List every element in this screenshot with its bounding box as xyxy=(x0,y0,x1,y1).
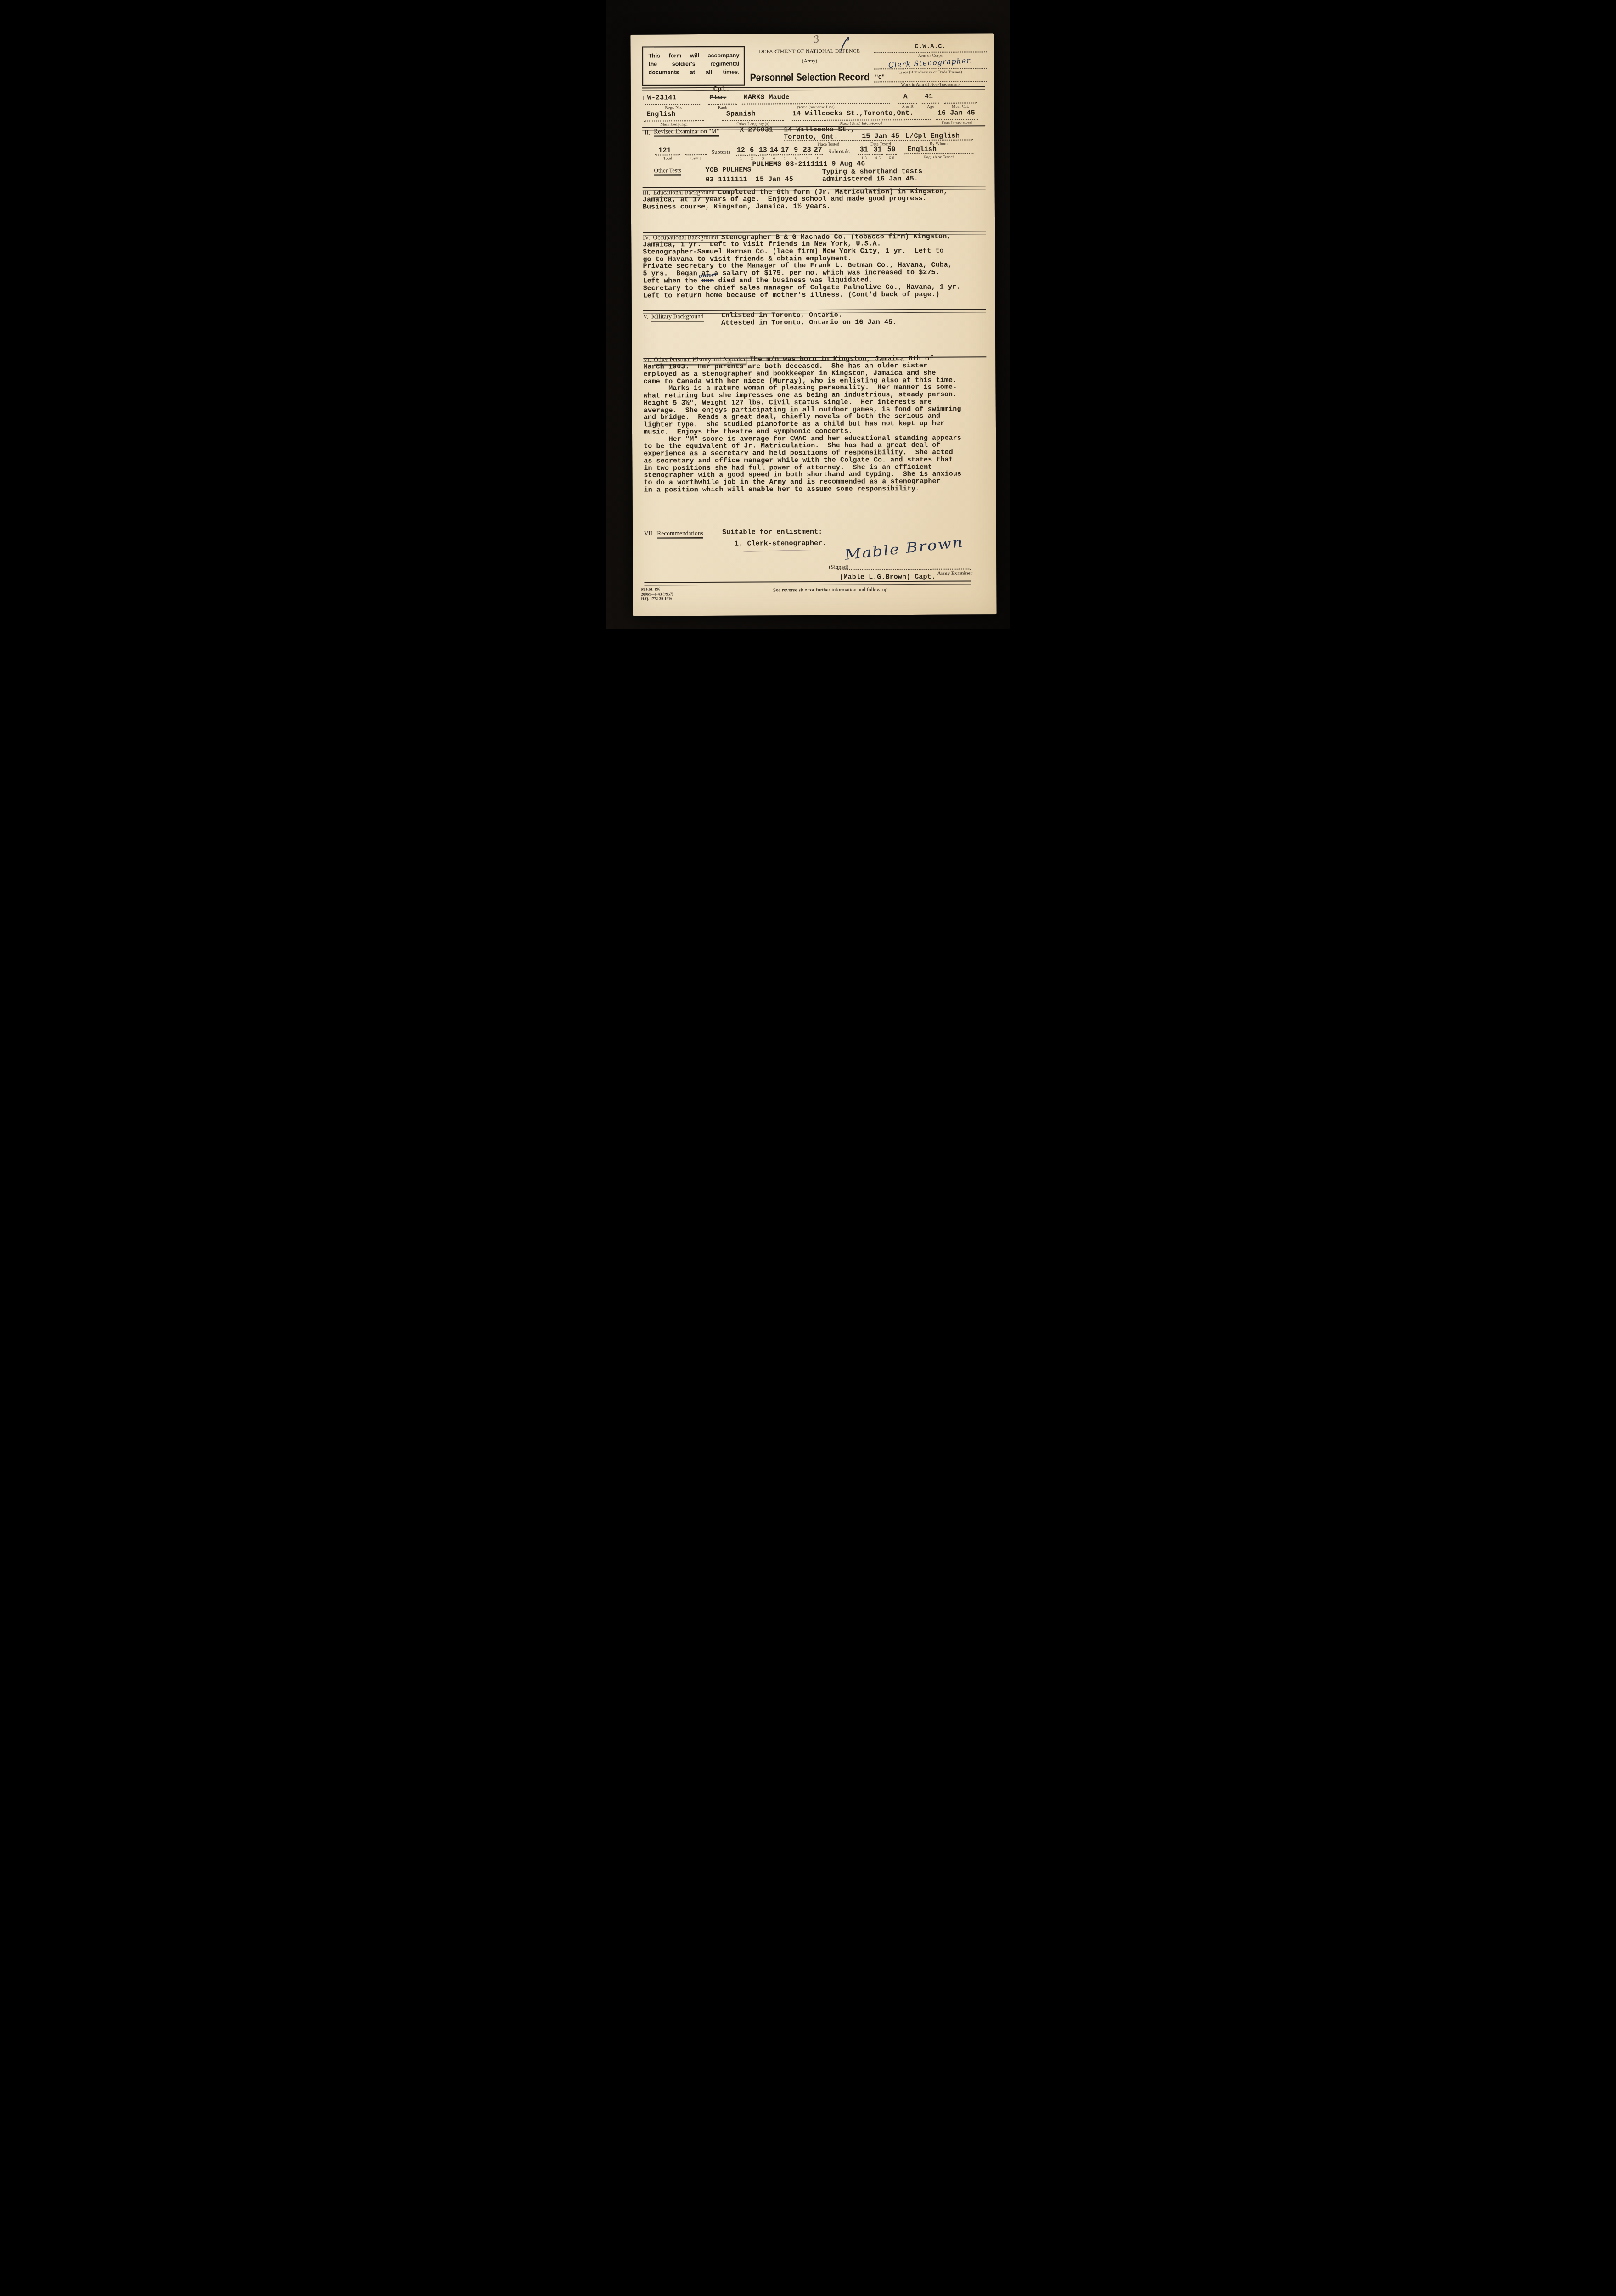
section7-numeral: VII. xyxy=(644,530,654,537)
field-other-language: Spanish Other Language(s) xyxy=(722,99,784,126)
notice-line: documents at all times. xyxy=(649,68,740,77)
typed-line: 200M—1-43 (7957) xyxy=(641,591,673,597)
m-total-value: 121 xyxy=(658,147,671,154)
subtest-num: 2 xyxy=(751,156,753,161)
section3-numeral: III. xyxy=(643,189,650,197)
subtotal-value: 31 xyxy=(874,146,882,153)
trade-label: Trade (if Tradesman or Trade Trainee) xyxy=(874,69,987,74)
total-label: Total xyxy=(655,156,680,161)
subtest-value: 12 xyxy=(737,146,745,154)
date-interviewed-value: 16 Jan 45 xyxy=(937,109,975,117)
section2-numeral: II. xyxy=(645,129,650,136)
footer-divider xyxy=(644,581,971,586)
subtotal-scores: 311-3 314-5 596-8 xyxy=(858,146,898,160)
place-tested-line1: 14 Willcocks St., xyxy=(784,126,855,134)
pulhems-line2: 03 1111111 15 Jan 45 xyxy=(706,176,793,184)
examiner-signature: Mable Brown xyxy=(844,534,964,563)
typed-line: H.Q. 1772-39-1916 xyxy=(641,596,673,601)
arm-or-corps-value: C.W.A.C. xyxy=(874,43,987,51)
recommendation-line1: Suitable for enlistment: xyxy=(722,529,823,536)
subtests-label: Subtests xyxy=(711,149,730,156)
subtest-num: 8 xyxy=(817,156,819,160)
subtest-num: 7 xyxy=(806,156,808,160)
typed-line: Left to return home because of mother's … xyxy=(643,291,961,299)
section5-numeral: V. xyxy=(643,313,648,321)
subtotal-num: 1-3 xyxy=(861,155,867,160)
arm-trade-block: C.W.A.C. Arm or Corps Clerk Stenographer… xyxy=(874,41,987,86)
date-tested-value: 15 Jan 45 xyxy=(862,133,899,140)
main-language-value: English xyxy=(646,111,676,118)
by-whom-value: L/Cpl English xyxy=(905,133,959,140)
section4-body-a: Jamaica, 1 yr. Left to visit friends in … xyxy=(643,240,952,278)
typed-fragment: Left when the xyxy=(643,277,701,285)
section2-heading: Revised Examination "M" xyxy=(654,128,719,136)
subtest-value: 17 xyxy=(781,146,789,154)
other-tests-label: Other Tests xyxy=(654,167,681,175)
typed-line: Attested in Toronto, Ontario on 16 Jan 4… xyxy=(721,319,897,326)
department-title: DEPARTMENT OF NATIONAL DEFENCE xyxy=(746,48,873,54)
pencil-underline xyxy=(743,549,811,553)
typed-line: Business course, Kingston, Jamaica, 1½ y… xyxy=(643,203,927,211)
subtotals-label: Subtotals xyxy=(828,148,850,155)
section5-heading-row: V. Military Background xyxy=(643,313,704,321)
subtest-value: 13 xyxy=(759,146,767,154)
section7-heading-row: VII. Recommendations xyxy=(644,529,703,538)
m-serial-value: X 276031 xyxy=(740,126,773,134)
section3-body: Jamaica, at 17 years of age. Enjoyed sch… xyxy=(643,195,927,211)
group-label: Group xyxy=(685,156,707,161)
subtest-num: 4 xyxy=(773,156,775,160)
typing-note-line2: administered 16 Jan 45. xyxy=(822,175,918,183)
pulhems-revision-line: PULHEMS 03-2111111 9 Aug 46 xyxy=(752,161,865,169)
section5-heading: Military Background xyxy=(651,313,704,321)
other-language-value: Spanish xyxy=(726,111,756,118)
place-interviewed-value: 14 Willcocks St.,Toronto,Ont. xyxy=(792,110,914,118)
notice-line: the soldier's regimental xyxy=(648,60,739,68)
subtest-value: 27 xyxy=(814,146,822,154)
examiner-typed-name: (Mable L.G.Brown) Capt. xyxy=(839,574,935,581)
section4-body-b: Secretary to the chief sales manager of … xyxy=(643,284,961,300)
date-interviewed-label: Date Interviewed xyxy=(936,121,978,125)
notice-box: This form will accompany the soldier's r… xyxy=(642,46,745,86)
trade-letter: "C" xyxy=(875,74,885,81)
subtest-num: 1 xyxy=(740,156,742,161)
field-main-language: English Main Language xyxy=(644,100,704,127)
typed-line: M.F.M. 196 xyxy=(641,586,673,591)
reverse-side-note: See reverse side for further information… xyxy=(701,587,959,593)
pencil-page-number: 3 xyxy=(812,34,820,45)
field-place-interviewed: 14 Willcocks St.,Toronto,Ont. Place (Uni… xyxy=(791,99,931,126)
subtest-value: 14 xyxy=(770,146,778,154)
other-tests-value: YOB PULHEMS xyxy=(705,167,751,174)
photo-background: 3 This form will accompany the soldier's… xyxy=(606,0,1010,629)
subtotal-value: 59 xyxy=(887,146,896,153)
notice-line: This form will accompany xyxy=(648,52,739,61)
subtotal-value: 31 xyxy=(860,146,868,153)
subtest-value: 23 xyxy=(803,146,811,154)
typed-line: in a position which will enable her to a… xyxy=(644,485,962,494)
section6-body: March 1903. Her parents are both decease… xyxy=(643,362,961,494)
subtest-num: 3 xyxy=(762,156,764,160)
main-language-label: Main Language xyxy=(644,122,704,127)
language-value: English xyxy=(907,146,937,153)
subtotal-num: 4-5 xyxy=(875,155,881,160)
language-label: English or French xyxy=(904,155,973,160)
field-date-interviewed: 16 Jan 45 Date Interviewed xyxy=(936,98,978,125)
subtotal-num: 6-8 xyxy=(889,155,894,160)
subtest-value: 6 xyxy=(750,146,754,154)
document-page: 3 This form will accompany the soldier's… xyxy=(630,33,997,616)
struck-word: ownerson xyxy=(701,277,714,285)
recommendation-line2: 1. Clerk-stenographer. xyxy=(735,540,826,548)
section4-numeral: IV. xyxy=(643,234,650,242)
subtest-num: 5 xyxy=(784,156,786,160)
army-subtitle: (Army) xyxy=(746,58,873,64)
subtest-scores: 121 62 133 144 175 96 237 278 xyxy=(735,146,823,161)
subtest-num: 6 xyxy=(795,156,797,160)
section5-body: Enlisted in Toronto, Ontario.Attested in… xyxy=(721,311,897,326)
rank-corrected-value: Cpl. xyxy=(713,86,730,93)
subtest-value: 9 xyxy=(794,146,798,154)
form-number-block: M.F.M. 196200M—1-43 (7957)H.Q. 1772-39-1… xyxy=(641,586,673,601)
section6-numeral: VI. xyxy=(643,356,651,364)
section7-heading: Recommendations xyxy=(657,529,703,538)
